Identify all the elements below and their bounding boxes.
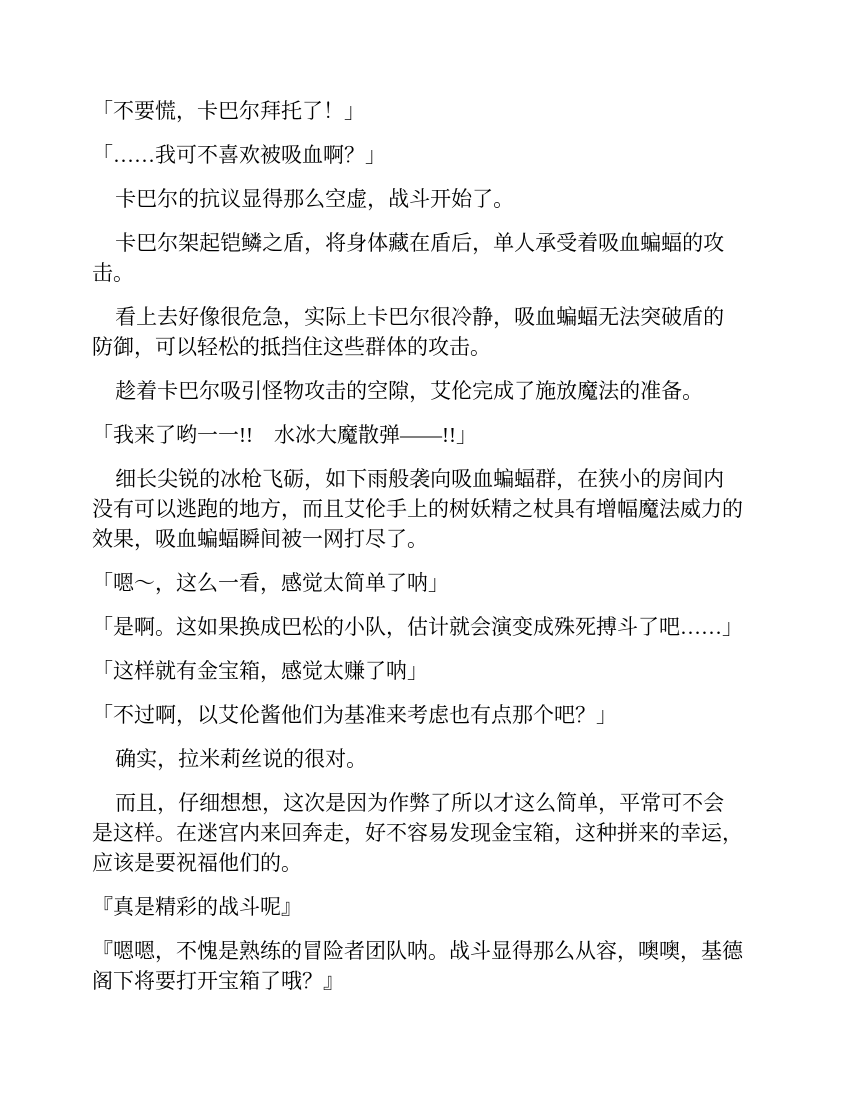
paragraph-narration: 细长尖锐的冰枪飞砺，如下雨般袭向吸血蝙蝠群，在狭小的房间内没有可以逃跑的地方，而… [92, 464, 744, 554]
text-block: 「不要慌，卡巴尔拜托了！」「……我可不喜欢被吸血啊？」卡巴尔的抗议显得那么空虚，… [92, 96, 744, 996]
paragraph-narration: 确实，拉米莉丝说的很对。 [92, 744, 744, 774]
paragraph-telepathy: 『嗯嗯，不愧是熟练的冒险者团队呐。战斗显得那么从容，噢噢，基德阁下将要打开宝箱了… [92, 936, 744, 996]
paragraph-dialogue: 「……我可不喜欢被吸血啊？」 [92, 140, 744, 170]
paragraph-dialogue: 「不过啊，以艾伦酱他们为基准来考虑也有点那个吧？」 [92, 700, 744, 730]
paragraph-narration: 卡巴尔的抗议显得那么空虚，战斗开始了。 [92, 184, 744, 214]
paragraph-narration: 而且，仔细想想，这次是因为作弊了所以才这么简单，平常可不会是这样。在迷宫内来回奔… [92, 788, 744, 878]
paragraph-dialogue: 「嗯～，这么一看，感觉太简单了呐」 [92, 568, 744, 598]
paragraph-telepathy: 『真是精彩的战斗呢』 [92, 892, 744, 922]
paragraph-narration: 趁着卡巴尔吸引怪物攻击的空隙，艾伦完成了施放魔法的准备。 [92, 376, 744, 406]
novel-page: 「不要慌，卡巴尔拜托了！」「……我可不喜欢被吸血啊？」卡巴尔的抗议显得那么空虚，… [0, 0, 850, 1100]
paragraph-narration: 看上去好像很危急，实际上卡巴尔很冷静，吸血蝙蝠无法突破盾的防御，可以轻松的抵挡住… [92, 302, 744, 362]
paragraph-dialogue: 「我来了哟一一!! 水冰大魔散弹——!!」 [92, 420, 744, 450]
paragraph-dialogue: 「是啊。这如果换成巴松的小队，估计就会演变成殊死搏斗了吧……」 [92, 612, 744, 642]
paragraph-dialogue: 「这样就有金宝箱，感觉太赚了呐」 [92, 656, 744, 686]
paragraph-narration: 卡巴尔架起铠鳞之盾，将身体藏在盾后，单人承受着吸血蝙蝠的攻击。 [92, 228, 744, 288]
paragraph-dialogue: 「不要慌，卡巴尔拜托了！」 [92, 96, 744, 126]
